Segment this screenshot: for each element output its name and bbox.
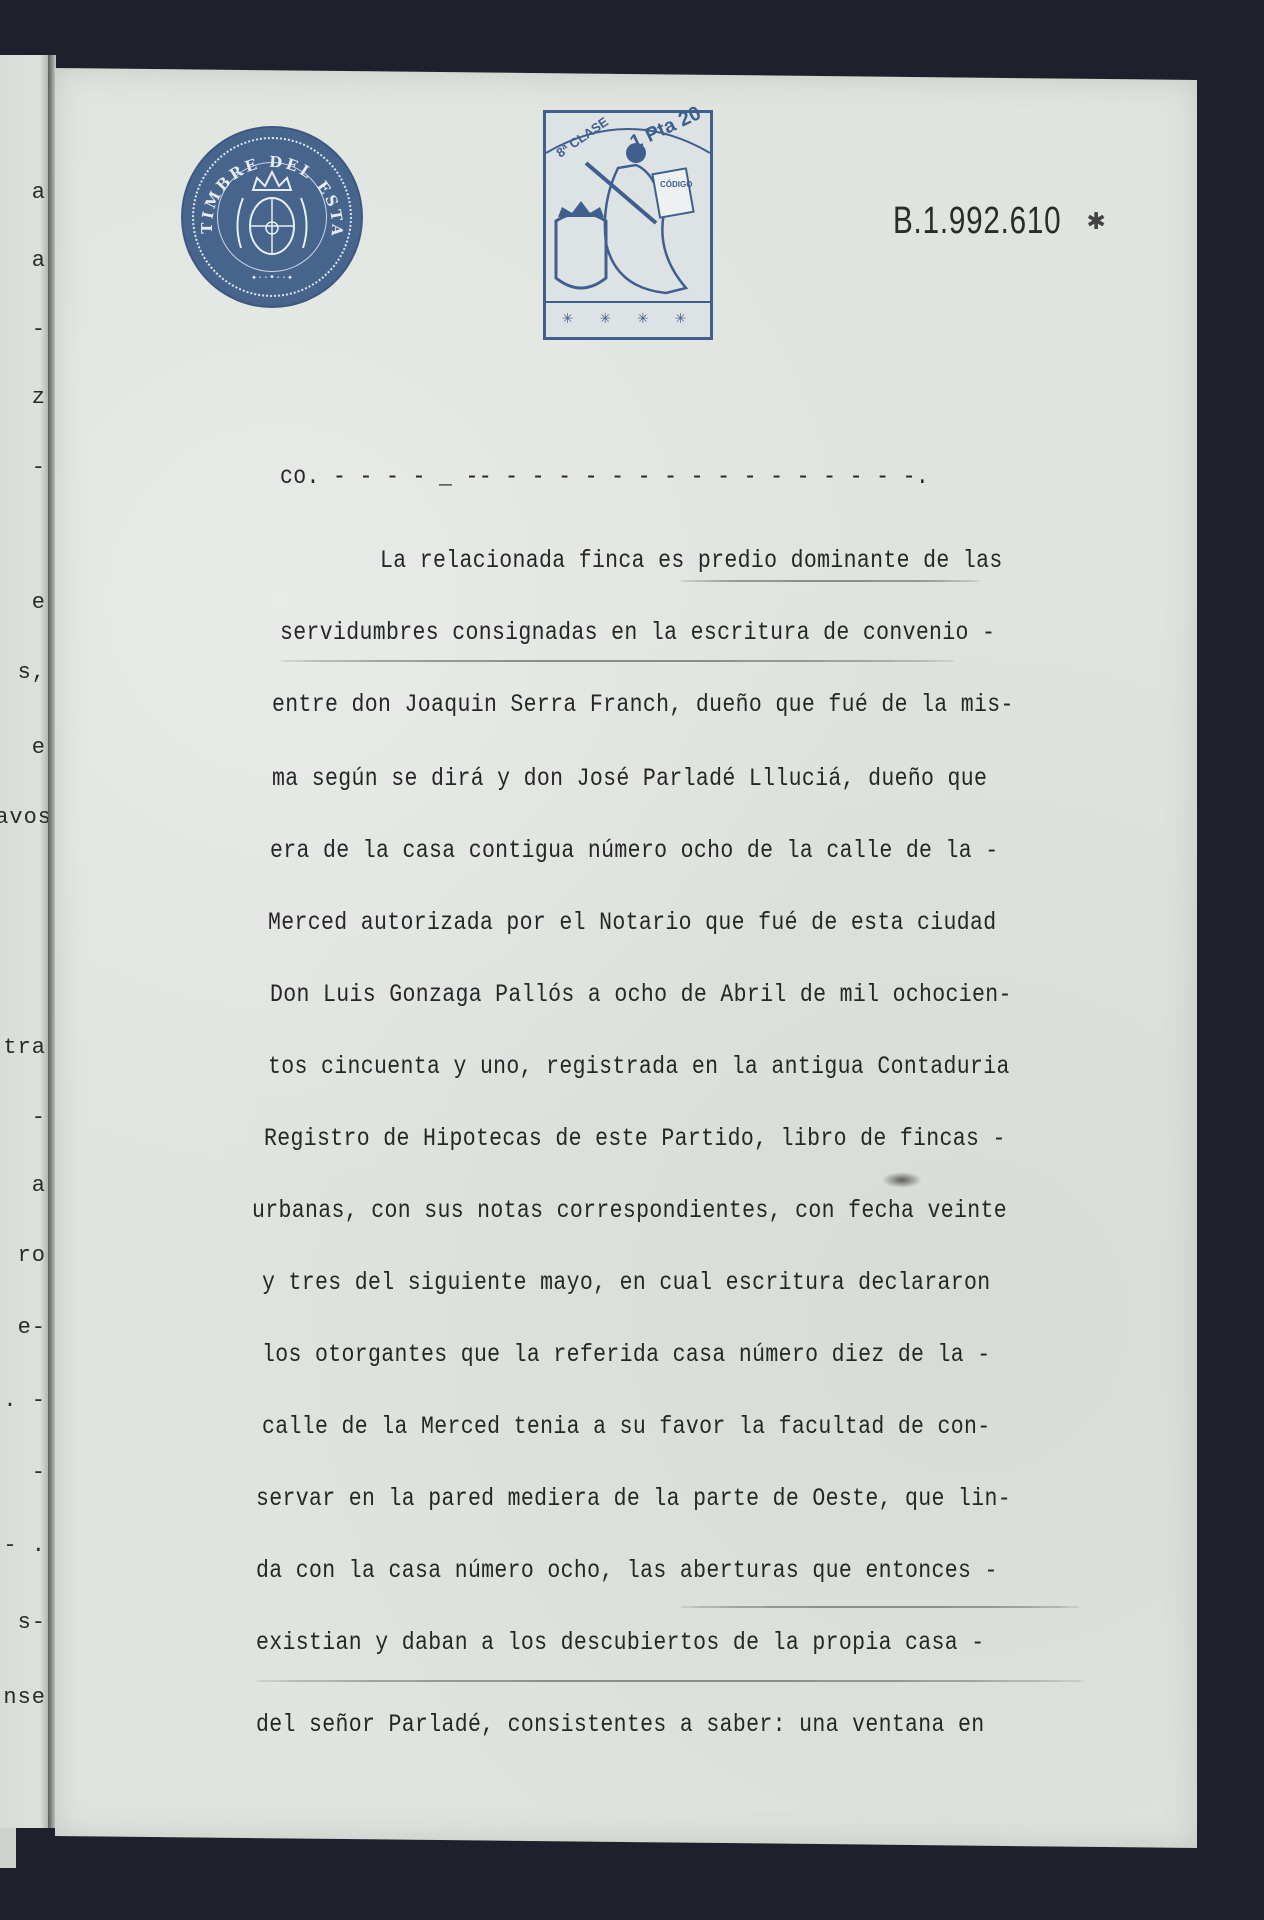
text-line: y tres del siguiente mayo, en cual escri… [262, 1268, 991, 1297]
text-line: entre don Joaquin Serra Franch, dueño qu… [272, 690, 1014, 719]
timbre-del-estado-seal: TIMBRE DEL ESTADO ✦··•··✦ [183, 128, 361, 306]
stamp-ornament-band: ✳ ✳ ✳ ✳ [546, 301, 710, 337]
ink-smudge [882, 1172, 922, 1188]
svg-text:✦··•··✦: ✦··•··✦ [251, 273, 293, 284]
stamp-book-label: CÓDIGO [660, 180, 692, 189]
text-line: Don Luis Gonzaga Pallós a ocho de Abril … [270, 980, 1012, 1009]
pencil-underline [680, 580, 980, 582]
text-line: Registro de Hipotecas de este Partido, l… [264, 1124, 1006, 1153]
text-line: era de la casa contigua número ocho de l… [270, 836, 999, 865]
text-line: La relacionada finca es predio dominante… [380, 546, 1003, 575]
pencil-underline [280, 660, 955, 662]
serial-number: B.1.992.610 [893, 200, 1061, 243]
text-line: tos cincuenta y uno, registrada en la an… [268, 1052, 1010, 1081]
svg-text:TIMBRE DEL ESTADO: TIMBRE DEL ESTADO [183, 128, 346, 239]
text-line: calle de la Merced tenia a su favor la f… [262, 1412, 991, 1441]
page-content: TIMBRE DEL ESTADO ✦··•··✦ CÓDIGO 8ª CLAS… [0, 0, 1264, 1920]
pencil-underline [680, 1606, 1080, 1608]
text-line: los otorgantes que la referida casa núme… [262, 1340, 991, 1369]
embossed-seal-icon: TIMBRE DEL ESTADO ✦··•··✦ [183, 128, 361, 306]
text-line: existian y daban a los descubiertos de l… [256, 1628, 985, 1657]
text-line: urbanas, con sus notas correspondientes,… [252, 1196, 1007, 1225]
text-line: servar en la pared mediera de la parte d… [256, 1484, 1011, 1513]
text-line: ma según se dirá y don José Parladé Lllu… [272, 764, 987, 793]
text-line: del señor Parladé, consistentes a saber:… [256, 1710, 985, 1739]
text-line: Merced autorizada por el Notario que fué… [268, 908, 997, 937]
text-line: servidumbres consignadas en la escritura… [280, 618, 995, 647]
tax-stamp: CÓDIGO 8ª CLASE 1 Pta 20 ✳ ✳ ✳ ✳ [543, 110, 713, 340]
text-line: co. - - - - _ -- - - - - - - - - - - - -… [280, 462, 929, 491]
text-line: da con la casa número ocho, las abertura… [256, 1556, 998, 1585]
pencil-underline [254, 1680, 1084, 1682]
asterisk-mark-icon: ✱ [1087, 202, 1105, 239]
